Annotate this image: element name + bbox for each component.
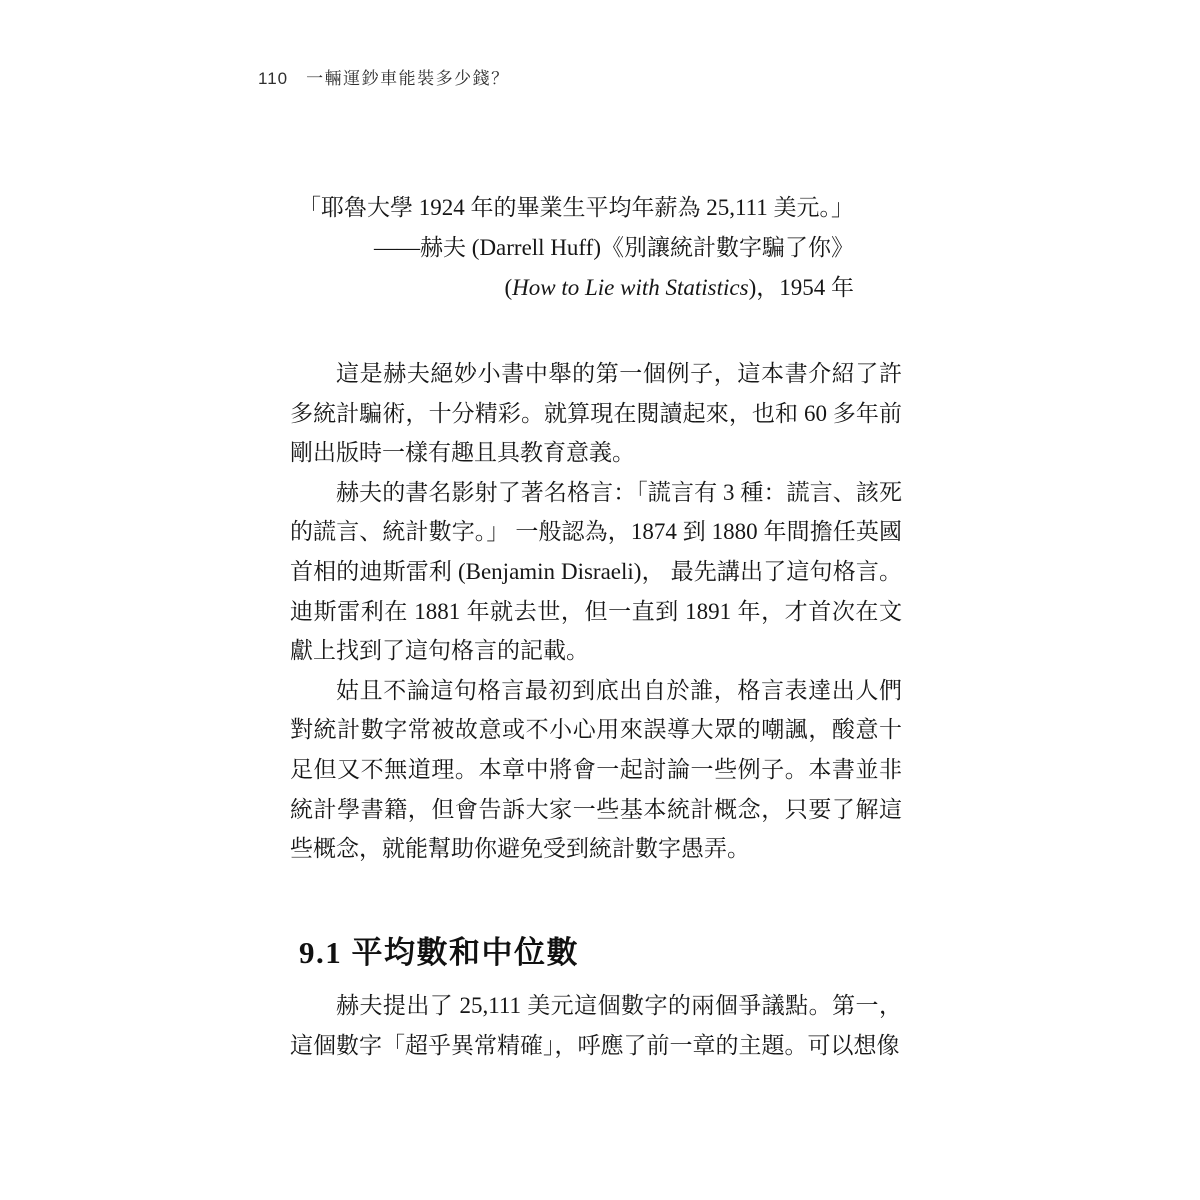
- body-text-block: 這是赫夫絕妙小書中舉的第一個例子，這本書介紹了許多統計騙術，十分精彩。就算現在閱…: [290, 354, 902, 869]
- epigraph-block: 「耶魯大學 1924 年的畢業生平均年薪為 25,111 美元。」 ——赫夫 (…: [290, 188, 854, 308]
- work-title-italic: How to Lie with Statistics: [512, 275, 748, 300]
- body-paragraph-2: 赫夫的書名影射了著名格言：「謊言有 3 種：謊言、該死的謊言、統計數字。」 一般…: [290, 473, 902, 671]
- book-page: 110 一輛運鈔車能裝多少錢？ 「耶魯大學 1924 年的畢業生平均年薪為 25…: [0, 0, 1200, 1200]
- body-paragraph-1: 這是赫夫絕妙小書中舉的第一個例子，這本書介紹了許多統計騙術，十分精彩。就算現在閱…: [290, 354, 902, 473]
- running-header: 110 一輛運鈔車能裝多少錢？: [258, 64, 510, 89]
- work-paren-open: (: [504, 275, 512, 300]
- section-paragraph-1: 赫夫提出了 25,111 美元這個數字的兩個爭議點。第一，這個數字「超乎異常精確…: [290, 986, 902, 1065]
- body-paragraph-3: 姑且不論這句格言最初到底出自於誰，格言表達出人們對統計數字常被故意或不小心用來誤…: [290, 671, 902, 869]
- epigraph-quote-line: 「耶魯大學 1924 年的畢業生平均年薪為 25,111 美元。」: [290, 188, 854, 228]
- section-body-block: 赫夫提出了 25,111 美元這個數字的兩個爭議點。第一，這個數字「超乎異常精確…: [290, 986, 902, 1065]
- work-tail: )，1954 年: [749, 275, 854, 300]
- section-heading: 9.1 平均數和中位數: [299, 934, 579, 972]
- epigraph-attribution-line: ——赫夫 (Darrell Huff)《別讓統計數字騙了你》: [290, 228, 854, 268]
- running-title: 一輛運鈔車能裝多少錢？: [306, 64, 510, 89]
- page-number: 110: [258, 69, 288, 89]
- epigraph-work-line: (How to Lie with Statistics)，1954 年: [290, 268, 854, 308]
